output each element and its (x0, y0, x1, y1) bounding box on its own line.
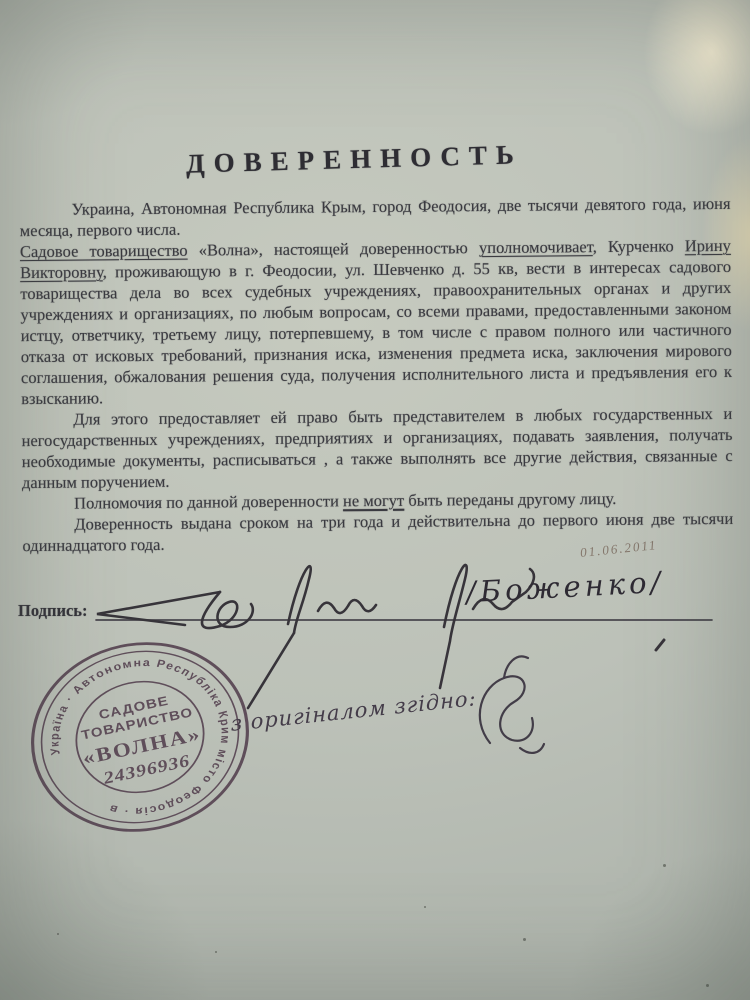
no-transfer-text1: Полномочия по данной доверенности (74, 491, 343, 512)
paragraph-place-date: Украина, Автономная Республика Крым, гор… (19, 193, 730, 241)
paper-speck (706, 984, 709, 987)
cannot-underlined: не могут (343, 491, 404, 511)
certification-signature-flourish (460, 648, 555, 766)
paper-speck (523, 938, 526, 941)
no-transfer-text2: быть переданы другому лицу. (404, 489, 616, 510)
paper-speck (215, 951, 217, 953)
org-name-underlined: Садовое товарищество (20, 241, 188, 261)
paper-speck (424, 906, 426, 908)
round-stamp: Україна · Автономна Республіка Крим міст… (1, 611, 279, 862)
paragraph-authorization-text: «Волна», настоящей доверенностью (188, 238, 480, 260)
paragraph-authorization: Садовое товарищество «Волна», настоящей … (20, 235, 732, 409)
paper-speck (663, 864, 666, 867)
authorizes-underlined: уполномочивает (479, 237, 593, 257)
paragraph-authorization-text2: , Курченко (593, 236, 685, 256)
document-title: ДОВЕРЕННОСТЬ (186, 139, 524, 179)
document-body: Украина, Автономная Республика Крым, гор… (19, 193, 733, 556)
paper-speck (57, 933, 59, 935)
document-photo: ДОВЕРЕННОСТЬ Украина, Автономная Республ… (0, 0, 750, 1000)
paragraph-rights: Для этого предоставляет ей право быть пр… (21, 403, 733, 493)
paragraph-authorization-text3: , проживающую в г. Феодосии, ул. Шевченк… (20, 257, 732, 408)
